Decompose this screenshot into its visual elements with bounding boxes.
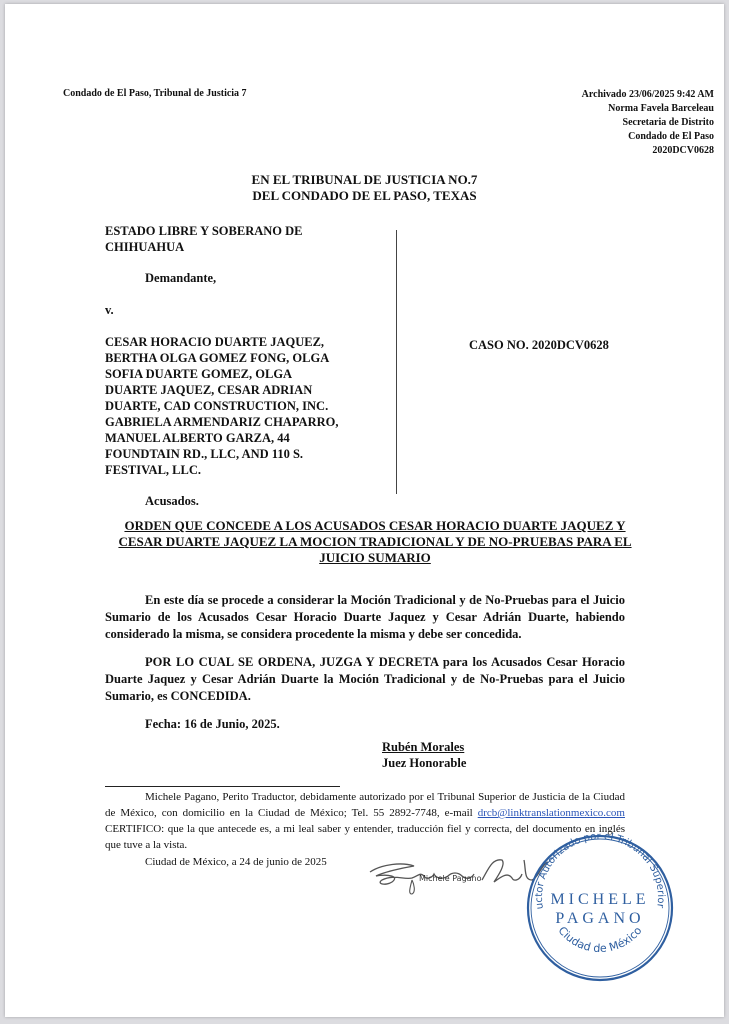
footnote-rule bbox=[105, 786, 340, 787]
versus: v. bbox=[105, 302, 395, 318]
county-name: Condado de El Paso bbox=[514, 130, 714, 144]
caption-divider bbox=[396, 230, 397, 494]
order-paragraph-1: En este día se procede a considerar la M… bbox=[105, 592, 625, 643]
court-title: EN EL TRIBUNAL DE JUSTICIA NO.7 DEL COND… bbox=[5, 172, 724, 204]
translator-email-link[interactable]: drcb@linktranslationmexico.com bbox=[478, 807, 625, 819]
court-title-line2: DEL CONDADO DE EL PASO, TEXAS bbox=[5, 188, 724, 204]
stamp-bottom-text: Ciudad de México bbox=[556, 924, 645, 955]
filed-date: Archivado 23/06/2025 9:42 AM bbox=[514, 88, 714, 102]
clerk-title: Secretaria de Distrito bbox=[514, 116, 714, 130]
defendants-role: Acusados. bbox=[105, 493, 395, 509]
filing-case-number: 2020DCV0628 bbox=[514, 144, 714, 158]
filing-stamp: Archivado 23/06/2025 9:42 AM Norma Favel… bbox=[514, 88, 714, 158]
defendants: CESAR HORACIO DUARTE JAQUEZ, BERTHA OLGA… bbox=[105, 334, 345, 478]
case-caption: ESTADO LIBRE Y SOBERANO DE CHIHUAHUA Dem… bbox=[105, 223, 395, 509]
stamp-name-line2: PAGANO bbox=[555, 910, 644, 927]
order-date: Fecha: 16 de Junio, 2025. bbox=[105, 716, 625, 733]
court-header-left: Condado de El Paso, Tribunal de Justicia… bbox=[63, 88, 247, 99]
plaintiff: ESTADO LIBRE Y SOBERANO DE CHIHUAHUA bbox=[105, 223, 325, 255]
stamp-name-line1: MICHELE bbox=[550, 891, 649, 908]
certification-place-date: Ciudad de México, a 24 de junio de 2025 bbox=[145, 856, 327, 868]
svg-text:Ciudad de México: Ciudad de México bbox=[556, 924, 645, 955]
judge-name: Rubén Morales bbox=[382, 739, 466, 755]
case-number: CASO NO. 2020DCV0628 bbox=[469, 338, 609, 353]
judge-signature-block: Rubén Morales Juez Honorable bbox=[382, 739, 466, 771]
court-title-line1: EN EL TRIBUNAL DE JUSTICIA NO.7 bbox=[5, 172, 724, 188]
order-paragraph-2: POR LO CUAL SE ORDENA, JUZGA Y DECRETA p… bbox=[105, 654, 625, 705]
clerk-name: Norma Favela Barceleau bbox=[514, 102, 714, 116]
translator-seal-stamp: Perito Traductor Autorizado por el Tribu… bbox=[515, 826, 685, 986]
judge-title: Juez Honorable bbox=[382, 755, 466, 771]
translator-signed-name: Michele Pagano bbox=[419, 874, 482, 883]
document-page: Condado de El Paso, Tribunal de Justicia… bbox=[5, 4, 724, 1017]
order-title: ORDEN QUE CONCEDE A LOS ACUSADOS CESAR H… bbox=[105, 518, 645, 566]
plaintiff-role: Demandante, bbox=[105, 270, 395, 286]
